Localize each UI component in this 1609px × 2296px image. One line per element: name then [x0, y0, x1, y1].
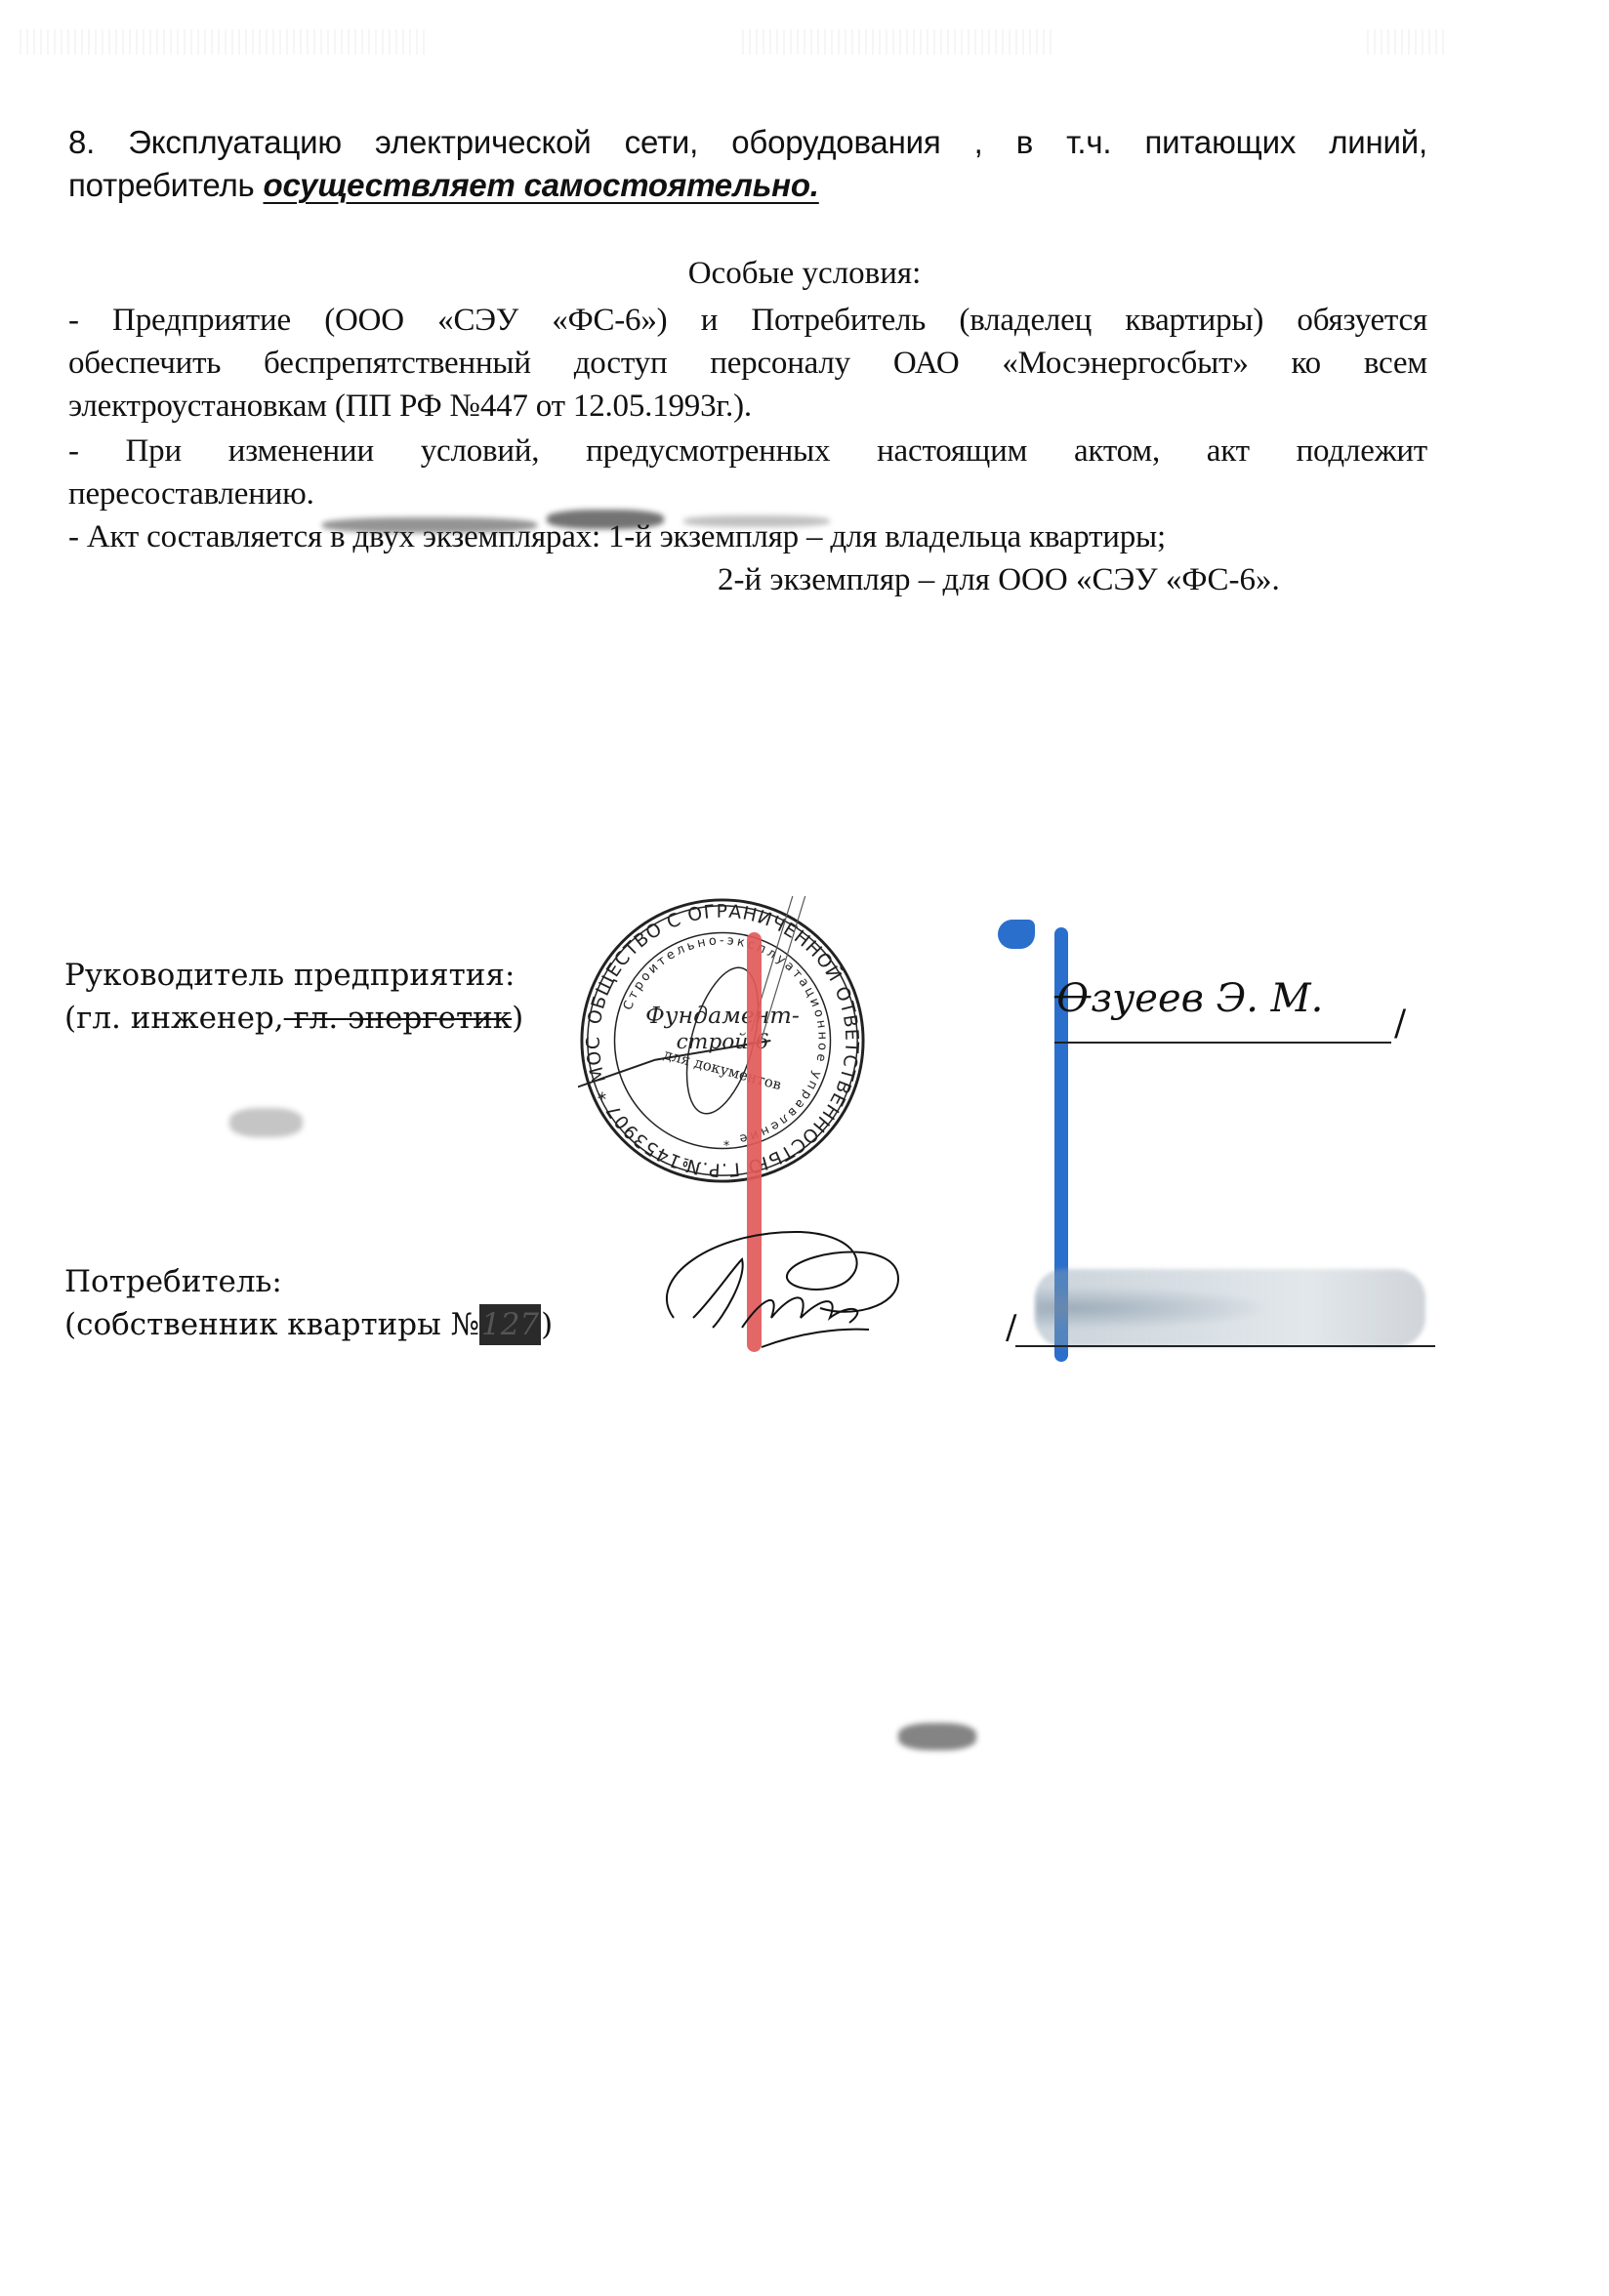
head-label: Руководитель предприятия: [64, 955, 515, 996]
clause-8-line-2: потребитель осуществляет самостоятельно. [68, 164, 1427, 207]
svg-text:Фундамент-: Фундамент- [645, 1002, 800, 1029]
condition-access-line-1: - Предприятие (ООО «СЭУ «ФС-6») и Потреб… [68, 299, 1427, 342]
head-handwritten-name: Ꝋзуеев Э. М. [1054, 976, 1323, 1021]
head-role-prefix: (гл. инженер, [64, 1001, 284, 1036]
consumer-label: Потребитель: [64, 1261, 282, 1302]
scan-noise-top-left [20, 29, 430, 55]
condition-access: - Предприятие (ООО «СЭУ «ФС-6») и Потреб… [68, 299, 1427, 428]
condition-access-line-3: электроустановкам (ПП РФ №447 от 12.05.1… [68, 385, 1427, 428]
condition-copies-line-2: 2-й экземпляр – для ООО «СЭУ «ФС-6». [718, 558, 1280, 601]
head-role-suffix: ) [512, 1001, 523, 1036]
consumer-role-suffix: ) [541, 1307, 553, 1342]
clause-8-emphasis: осуществляет самостоятельно. [264, 167, 819, 203]
smudge-mark [322, 517, 537, 533]
scan-noise-top-center [742, 29, 1054, 55]
head-signature-line [1054, 1042, 1391, 1044]
clause-8-line-1: 8. Эксплуатацию электрической сети, обор… [68, 121, 1427, 164]
head-role: (гл. инженер, гл. энергетик) [64, 998, 523, 1039]
smudge-mark [229, 1108, 303, 1137]
clause-8: 8. Эксплуатацию электрической сети, обор… [68, 121, 1427, 207]
head-signature-slash: / [1394, 1004, 1406, 1044]
head-role-struck: гл. энергетик [284, 1001, 512, 1036]
scanned-document-page: 8. Эксплуатацию электрической сети, обор… [0, 0, 1609, 2296]
smudge-mark [898, 1723, 976, 1750]
handwritten-signature-icon [654, 1220, 986, 1357]
consumer-signature-blurred [1035, 1269, 1425, 1347]
special-conditions-title: Особые условия: [0, 256, 1609, 292]
condition-changes-line-2: пересоставлению. [68, 472, 1427, 515]
scan-noise-top-right [1367, 29, 1445, 55]
clause-8-prefix: потребитель [68, 167, 264, 203]
company-seal-icon: ОБЩЕСТВО С ОГРАНИЧЕННОЙ ОТВЕТСТВЕННОСТЬЮ… [578, 896, 867, 1185]
consumer-signature-line [1015, 1345, 1435, 1347]
smudge-mark [547, 510, 664, 529]
condition-access-line-2: обеспечить беспрепятственный доступ перс… [68, 342, 1427, 385]
consumer-role: (собственник квартиры №127) [64, 1304, 553, 1345]
consumer-role-prefix: (собственник квартиры № [64, 1307, 479, 1342]
consumer-signature-slash: / [1006, 1308, 1016, 1347]
smudge-mark [683, 515, 830, 527]
blue-marker-hook [998, 920, 1035, 949]
condition-changes-line-1: - При изменении условий, предусмотренных… [68, 430, 1427, 472]
condition-changes: - При изменении условий, предусмотренных… [68, 430, 1427, 515]
apartment-number-redacted: 127 [479, 1304, 541, 1345]
